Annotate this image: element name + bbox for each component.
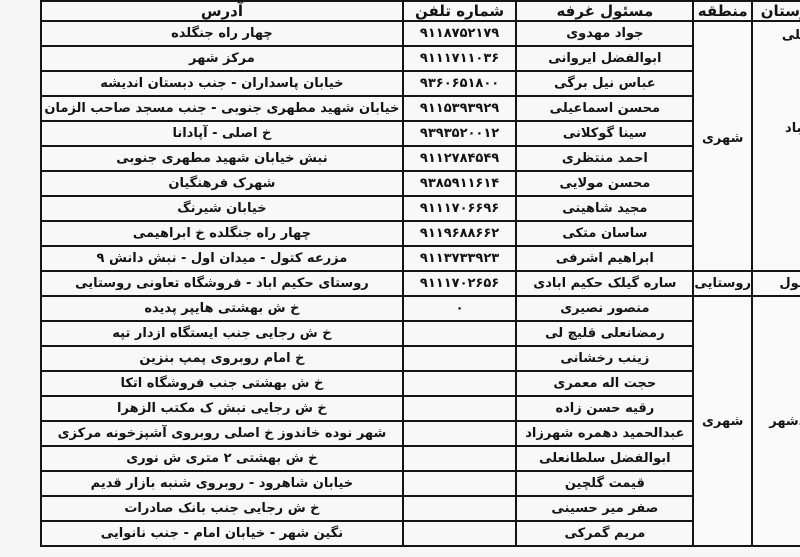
table-row: علی آباد شهری جواد مهدوی ۹۱۱۸۷۵۲۱۷۹ چهار…: [41, 21, 800, 46]
phone-cell: [403, 346, 516, 371]
table-row: مریم گمرکی نگین شهر - خیابان امام - جنب …: [41, 521, 800, 546]
table-row: قیمت گلچین خیابان شاهرود - روبروی شنبه ب…: [41, 471, 800, 496]
county-cell-katul: کتول: [752, 271, 800, 296]
document-sheet: شهرستان منطقه مسئول غرفه شماره تلفن آدرس…: [0, 0, 800, 557]
phone-cell: ۹۱۱۳۷۳۳۹۲۳: [403, 246, 516, 271]
phone-cell: [403, 396, 516, 421]
phone-cell: ۹۳۶۰۶۵۱۸۰۰: [403, 71, 516, 96]
phone-cell: ۹۱۱۱۷۰۲۶۵۶: [403, 271, 516, 296]
address-cell: خ ش رجایی جنب ایستگاه ازدار تپه: [41, 321, 403, 346]
address-cell: چهار راه جنگلده خ ابراهیمی: [41, 221, 403, 246]
responsible-cell: محسن اسماعیلی: [516, 96, 693, 121]
responsible-cell: احمد منتظری: [516, 146, 693, 171]
responsible-cell: ابوالفضل سلطانعلی: [516, 446, 693, 471]
county-cell-aliabad: علی آباد: [752, 21, 800, 271]
table-row: آزادشهر شهری منصور نصیری ۰ خ ش بهشتی های…: [41, 296, 800, 321]
address-cell: چهار راه جنگلده: [41, 21, 403, 46]
responsible-cell: قیمت گلچین: [516, 471, 693, 496]
responsible-cell: مریم گمرکی: [516, 521, 693, 546]
table-row: ساسان متکی ۹۱۱۹۶۸۸۶۶۲ چهار راه جنگلده خ …: [41, 221, 800, 246]
county-label-top: علی: [753, 24, 800, 47]
responsible-cell: ابوالفضل ایروانی: [516, 46, 693, 71]
phone-cell: [403, 371, 516, 396]
phone-cell: [403, 446, 516, 471]
county-label-mid: آباد: [753, 117, 800, 140]
responsible-cell: ساسان متکی: [516, 221, 693, 246]
responsible-cell: ساره گیلک حکیم ابادی: [516, 271, 693, 296]
table-row: ابراهیم اشرفی ۹۱۱۳۷۳۳۹۲۳ مزرعه کتول - می…: [41, 246, 800, 271]
table-row: عبدالحمید دهمره شهرزاد شهر نوده خاندوز خ…: [41, 421, 800, 446]
table-row: احمد منتظری ۹۱۱۲۷۸۴۵۴۹ نبش خیابان شهید م…: [41, 146, 800, 171]
address-cell: نبش خیابان شهید مطهری جنوبی: [41, 146, 403, 171]
header-row: شهرستان منطقه مسئول غرفه شماره تلفن آدرس: [41, 1, 800, 21]
responsible-cell: عبدالحمید دهمره شهرزاد: [516, 421, 693, 446]
booth-table: شهرستان منطقه مسئول غرفه شماره تلفن آدرس…: [40, 0, 800, 547]
phone-cell: ۹۳۹۳۵۲۰۰۱۲: [403, 121, 516, 146]
table-row: رقیه حسن زاده خ ش رجایی نبش ک مکتب الزهر…: [41, 396, 800, 421]
responsible-cell: ابراهیم اشرفی: [516, 246, 693, 271]
address-cell: خیابان شهید مطهری جنوبی - جنب مسجد صاحب …: [41, 96, 403, 121]
responsible-cell: منصور نصیری: [516, 296, 693, 321]
phone-cell: [403, 421, 516, 446]
phone-cell: ۹۱۱۱۷۱۱۰۳۶: [403, 46, 516, 71]
phone-cell: ۹۱۱۲۷۸۴۵۴۹: [403, 146, 516, 171]
phone-cell: [403, 321, 516, 346]
address-cell: شهرک فرهنگیان: [41, 171, 403, 196]
responsible-cell: سینا گوکلانی: [516, 121, 693, 146]
table-row: حجت اله معمری خ ش بهشتی جنب فروشگاه اتکا: [41, 371, 800, 396]
table-row: ابوالفضل سلطانعلی خ ش بهشتی ۲ متری ش نور…: [41, 446, 800, 471]
header-county: شهرستان: [752, 1, 800, 21]
table-row: عباس نیل برگی ۹۳۶۰۶۵۱۸۰۰ خیابان پاسداران…: [41, 71, 800, 96]
address-cell: نگین شهر - خیابان امام - جنب نانوایی: [41, 521, 403, 546]
phone-cell: ۹۱۱۱۷۰۶۶۹۶: [403, 196, 516, 221]
responsible-cell: رقیه حسن زاده: [516, 396, 693, 421]
responsible-cell: رمضانعلی قلیچ لی: [516, 321, 693, 346]
address-cell: شهر نوده خاندوز خ اصلی روبروی آشپزخونه م…: [41, 421, 403, 446]
table-row: کتول روستایی ساره گیلک حکیم ابادی ۹۱۱۱۷۰…: [41, 271, 800, 296]
header-address: آدرس: [41, 1, 403, 21]
county-cell-azadshahr: آزادشهر: [752, 296, 800, 546]
address-cell: روستای حکیم اباد - فروشگاه تعاونی روستای…: [41, 271, 403, 296]
phone-cell: ۹۱۱۸۷۵۲۱۷۹: [403, 21, 516, 46]
header-phone: شماره تلفن: [403, 1, 516, 21]
table-row: ابوالفضل ایروانی ۹۱۱۱۷۱۱۰۳۶ مرکز شهر: [41, 46, 800, 71]
address-cell: خ امام روبروی پمپ بنزین: [41, 346, 403, 371]
table-row: رمضانعلی قلیچ لی خ ش رجایی جنب ایستگاه ا…: [41, 321, 800, 346]
table-row: مجید شاهینی ۹۱۱۱۷۰۶۶۹۶ خیابان شیرنگ: [41, 196, 800, 221]
region-cell-rural: روستایی: [693, 271, 752, 296]
responsible-cell: عباس نیل برگی: [516, 71, 693, 96]
region-cell-urban-2: شهری: [693, 296, 752, 546]
address-cell: خ ش بهشتی ۲ متری ش نوری: [41, 446, 403, 471]
phone-cell: [403, 496, 516, 521]
responsible-cell: صفر میر حسینی: [516, 496, 693, 521]
table-row: صفر میر حسینی خ ش رجایی جنب بانک صادرات: [41, 496, 800, 521]
phone-cell: [403, 521, 516, 546]
phone-cell: ۹۱۱۹۶۸۸۶۶۲: [403, 221, 516, 246]
address-cell: خ ش رجایی جنب بانک صادرات: [41, 496, 403, 521]
address-cell: خ ش رجایی نبش ک مکتب الزهرا: [41, 396, 403, 421]
responsible-cell: زینب رخشانی: [516, 346, 693, 371]
responsible-cell: مجید شاهینی: [516, 196, 693, 221]
header-responsible: مسئول غرفه: [516, 1, 693, 21]
address-cell: مرکز شهر: [41, 46, 403, 71]
header-region: منطقه: [693, 1, 752, 21]
address-cell: خیابان پاسداران - جنب دبستان اندیشه: [41, 71, 403, 96]
address-cell: خیابان شاهرود - روبروی شنبه بازار قدیم: [41, 471, 403, 496]
address-cell: خ ش بهشتی هایپر پدیده: [41, 296, 403, 321]
responsible-cell: حجت اله معمری: [516, 371, 693, 396]
table-row: زینب رخشانی خ امام روبروی پمپ بنزین: [41, 346, 800, 371]
phone-cell: ۹۳۸۵۹۱۱۶۱۴: [403, 171, 516, 196]
phone-cell: ۹۱۱۵۳۹۳۹۲۹: [403, 96, 516, 121]
phone-cell: [403, 471, 516, 496]
table-row: سینا گوکلانی ۹۳۹۳۵۲۰۰۱۲ خ اصلی - آپادانا: [41, 121, 800, 146]
phone-cell: ۰: [403, 296, 516, 321]
address-cell: خیابان شیرنگ: [41, 196, 403, 221]
table-row: محسن مولایی ۹۳۸۵۹۱۱۶۱۴ شهرک فرهنگیان: [41, 171, 800, 196]
region-cell-urban-1: شهری: [693, 21, 752, 271]
table-row: محسن اسماعیلی ۹۱۱۵۳۹۳۹۲۹ خیابان شهید مطه…: [41, 96, 800, 121]
address-cell: خ ش بهشتی جنب فروشگاه اتکا: [41, 371, 403, 396]
address-cell: خ اصلی - آپادانا: [41, 121, 403, 146]
address-cell: مزرعه کتول - میدان اول - نبش دانش ۹: [41, 246, 403, 271]
responsible-cell: محسن مولایی: [516, 171, 693, 196]
responsible-cell: جواد مهدوی: [516, 21, 693, 46]
